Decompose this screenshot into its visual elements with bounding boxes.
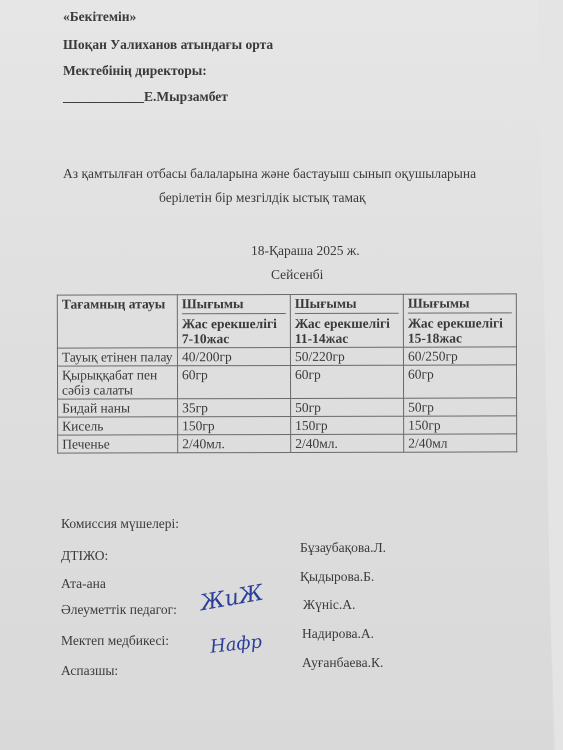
document-title-line1: Аз қамтылған отбасы балаларына және баст… (63, 166, 476, 182)
table-row: Печенье 2/40мл. 2/40мл. 2/40мл (58, 434, 517, 453)
commission-heading: Комиссия мүшелері: (61, 516, 179, 532)
member-name-zhunis: Жүніс.А. (303, 597, 355, 613)
role-dtizho: ДТІЖО: (61, 548, 108, 564)
director-signature-line: ____________Е.Мырзамбет (63, 89, 228, 105)
member-name-buzaubakova: Бұзаубақова.Л. (300, 540, 386, 556)
header-dish-name: Тағамның атауы (57, 295, 177, 348)
header-age-7-10: Шығымы Жас ерекшелігі 7-10жас (177, 294, 290, 347)
role-parent: Ата-ана (61, 576, 106, 592)
school-name: Шоқан Уалиханов атындағы орта (63, 37, 273, 53)
member-name-auganbaeva: Ауғанбаева.К. (302, 655, 383, 671)
signature-social-pedagogue: ЖиЖ (198, 581, 265, 617)
header-age-15-18: Шығымы Жас ерекшелігі 15-18жас (403, 294, 516, 347)
role-social-pedagogue: Әлеуметтік педагог: (61, 602, 177, 618)
table-row: Қырыққабат пен сәбіз салаты 60гр 60гр 60… (57, 365, 516, 399)
approval-heading: «Бекітемін» (63, 9, 136, 25)
signature-blank: ____________ (63, 89, 144, 104)
role-school-nurse: Мектеп медбикесі: (61, 633, 169, 649)
document-title-line2: берілетін бір мезгілдік ыстық тамақ (159, 190, 366, 206)
document-page: «Бекітемін» Шоқан Уалиханов атындағы орт… (0, 0, 563, 750)
role-cook: Аспазшы: (61, 663, 118, 679)
document-date: 18-Қараша 2025 ж. (251, 243, 360, 259)
header-age-11-14: Шығымы Жас ерекшелігі 11-14жас (290, 294, 403, 347)
table-row: Кисель 150гр 150гр 150гр (58, 416, 517, 435)
member-name-nadirova: Надирова.А. (302, 626, 374, 642)
signature-school-nurse: Нафр (209, 631, 263, 657)
table-header-row: Тағамның атауы Шығымы Жас ерекшелігі 7-1… (57, 294, 516, 348)
table-row: Тауық етінен палау 40/200гр 50/220гр 60/… (57, 347, 516, 366)
director-name: Е.Мырзамбет (144, 89, 228, 104)
table-row: Бидай наны 35гр 50гр 50гр (58, 398, 517, 417)
director-title: Мектебінің директоры: (63, 63, 207, 79)
document-weekday: Сейсенбі (271, 267, 323, 283)
member-name-kydyrova: Қыдырова.Б. (300, 569, 374, 585)
menu-table: Тағамның атауы Шығымы Жас ерекшелігі 7-1… (57, 293, 517, 453)
